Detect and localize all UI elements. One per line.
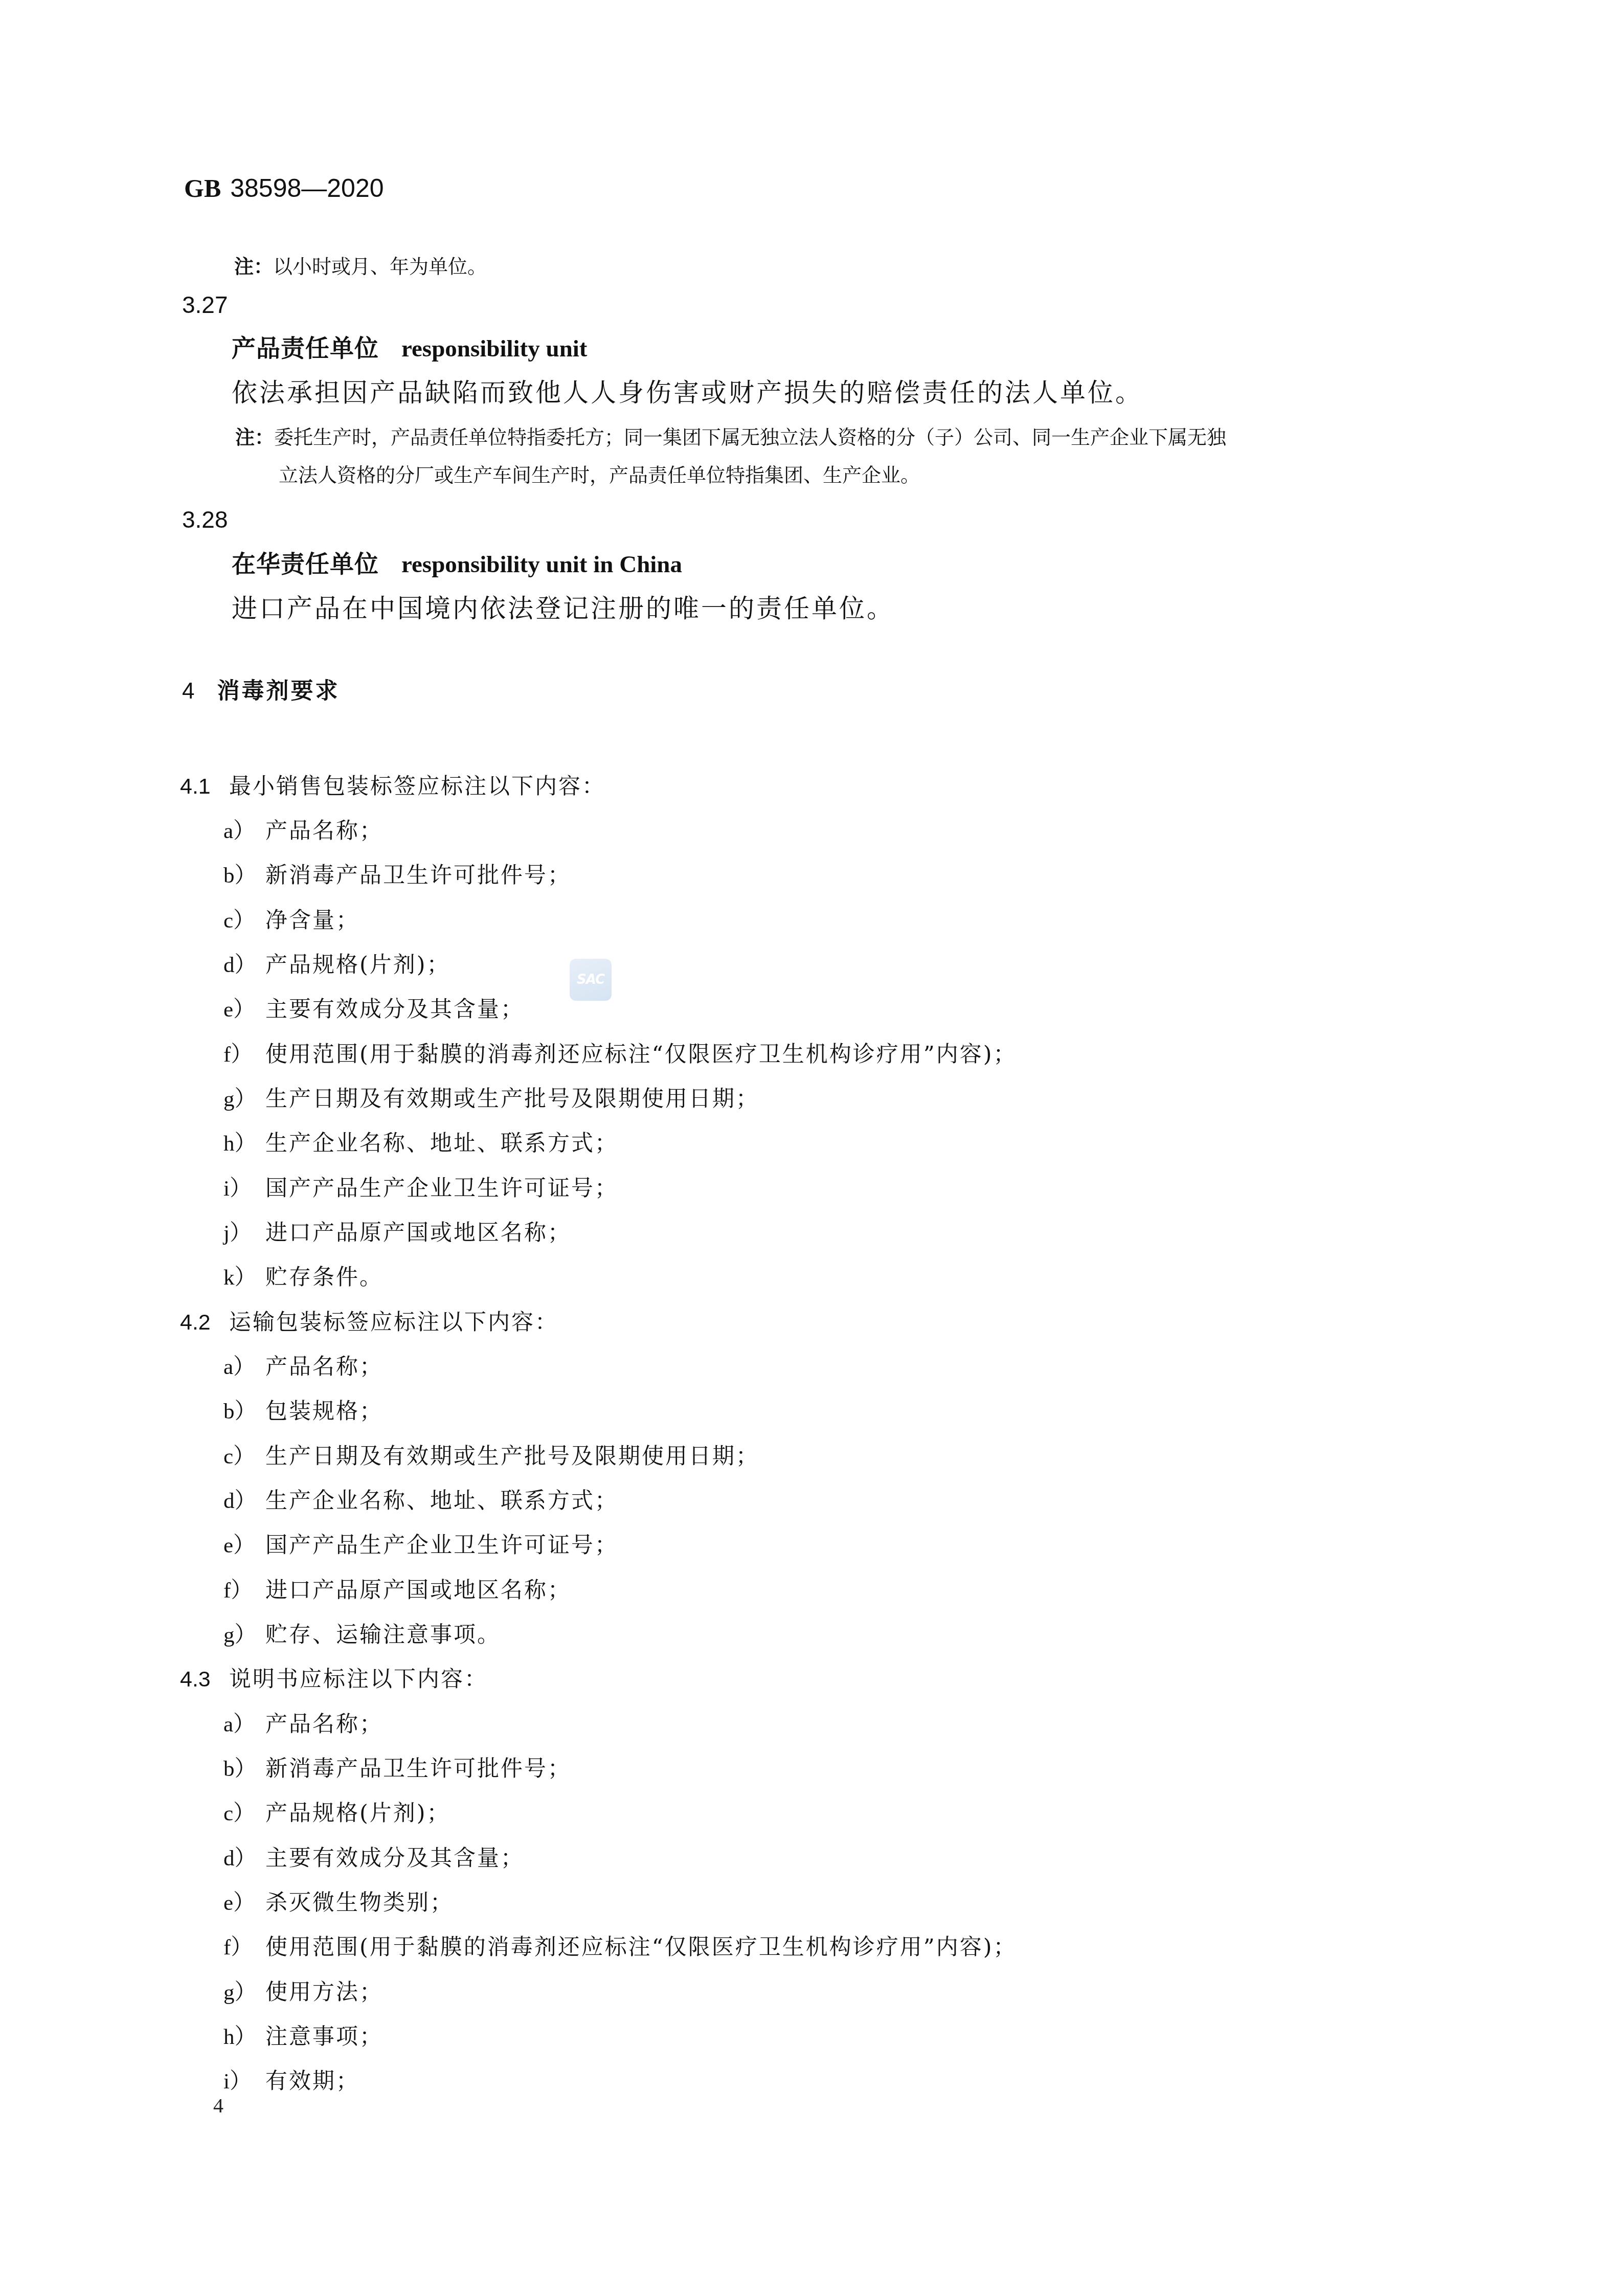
- term-english: responsibility unit: [401, 335, 588, 362]
- list-item: b）新消毒产品卫生许可批件号；: [223, 1753, 571, 1785]
- term-3-27: 产品责任单位responsibility unit: [232, 333, 588, 364]
- list-item: c）净含量；: [223, 905, 359, 936]
- list-item: f）进口产品原产国或地区名称；: [223, 1575, 571, 1606]
- list-item: c）生产日期及有效期或生产批号及限期使用日期；: [223, 1441, 759, 1472]
- section-number: 4: [182, 679, 196, 704]
- list-item: d）生产企业名称、地址、联系方式；: [223, 1485, 618, 1517]
- list-item: i）国产产品生产企业卫生许可证号；: [223, 1173, 618, 1204]
- list-item: d）产品规格(片剂)；: [223, 950, 450, 981]
- list-item: a）产品名称；: [223, 816, 383, 847]
- term-english: responsibility unit in China: [401, 551, 682, 578]
- clause-number: 4.3: [180, 1664, 229, 1695]
- clause-number: 4.1: [180, 771, 229, 802]
- term-3-28: 在华责任单位responsibility unit in China: [232, 549, 682, 580]
- clause-title: 最小销售包装标签应标注以下内容：: [229, 774, 605, 799]
- clause-4-2-title: 4.2运输包装标签应标注以下内容：: [180, 1307, 558, 1338]
- list-item: a）产品名称；: [223, 1709, 383, 1740]
- list-item: d）主要有效成分及其含量；: [223, 1843, 524, 1874]
- list-item: e）主要有效成分及其含量；: [223, 994, 524, 1025]
- list-item: g）生产日期及有效期或生产批号及限期使用日期；: [223, 1084, 759, 1115]
- list-item: g）贮存、运输注意事项。: [223, 1619, 501, 1651]
- term-chinese: 在华责任单位: [232, 550, 379, 578]
- note-label: 注：: [234, 255, 273, 278]
- list-item: f）使用范围(用于黏膜的消毒剂还应标注“仅限医疗卫生机构诊疗用”内容)；: [223, 1932, 1017, 1963]
- list-item: k）贮存条件。: [223, 1262, 383, 1293]
- list-item: c）产品规格(片剂)；: [223, 1798, 450, 1829]
- clause-4-3-title: 4.3说明书应标注以下内容：: [180, 1664, 488, 1695]
- list-item: e）杀灭微生物类别；: [223, 1887, 454, 1919]
- note-3-27-line2: 立法人资格的分厂或生产车间生产时，产品责任单位特指集团、生产企业。: [279, 456, 920, 494]
- note-label: 注：: [235, 426, 274, 448]
- section-heading-4: 4消毒剂要求: [182, 676, 340, 707]
- definition-3-28: 进口产品在中国境内依法登记注册的唯一的责任单位。: [232, 593, 894, 624]
- definition-3-27: 依法承担因产品缺陷而致他人人身伤害或财产损失的赔偿责任的法人单位。: [232, 377, 1143, 408]
- clause-number-3-28: 3.28: [182, 504, 228, 535]
- list-item: h）注意事项；: [223, 2021, 383, 2053]
- list-item: a）产品名称；: [223, 1352, 383, 1383]
- term-chinese: 产品责任单位: [232, 334, 379, 363]
- list-item: f）使用范围(用于黏膜的消毒剂还应标注“仅限医疗卫生机构诊疗用”内容)；: [223, 1039, 1017, 1070]
- list-item: e）国产产品生产企业卫生许可证号；: [223, 1530, 618, 1561]
- list-item: i）有效期；: [223, 2066, 359, 2097]
- note-3-27-line1: 注：委托生产时，产品责任单位特指委托方；同一集团下属无独立法人资格的分（子）公司…: [235, 418, 1226, 456]
- standard-number: 38598—2020: [230, 174, 384, 202]
- standard-code: GB38598—2020: [184, 173, 384, 204]
- list-item: b）包装规格；: [223, 1396, 383, 1427]
- clause-4-1-title: 4.1最小销售包装标签应标注以下内容：: [180, 771, 605, 802]
- clause-number-3-27: 3.27: [182, 289, 228, 320]
- page-number: 4: [213, 2095, 223, 2117]
- sac-logo-text: SAC: [577, 972, 604, 987]
- section-title: 消毒剂要求: [217, 678, 340, 704]
- note-text: 以小时或月、年为单位。: [273, 255, 487, 278]
- list-item: g）使用方法；: [223, 1977, 383, 2008]
- standard-prefix: GB: [184, 174, 221, 202]
- note-3-26: 注：以小时或月、年为单位。: [234, 247, 487, 285]
- list-item: h）生产企业名称、地址、联系方式；: [223, 1128, 618, 1159]
- note-text: 委托生产时，产品责任单位特指委托方；同一集团下属无独立法人资格的分（子）公司、同…: [274, 426, 1226, 448]
- sac-watermark-logo: SAC: [570, 959, 612, 1001]
- clause-number: 4.2: [180, 1307, 229, 1338]
- list-item: b）新消毒产品卫生许可批件号；: [223, 860, 571, 891]
- list-item: j）进口产品原产国或地区名称；: [223, 1218, 571, 1249]
- clause-title: 说明书应标注以下内容：: [229, 1667, 488, 1692]
- clause-title: 运输包装标签应标注以下内容：: [229, 1310, 558, 1335]
